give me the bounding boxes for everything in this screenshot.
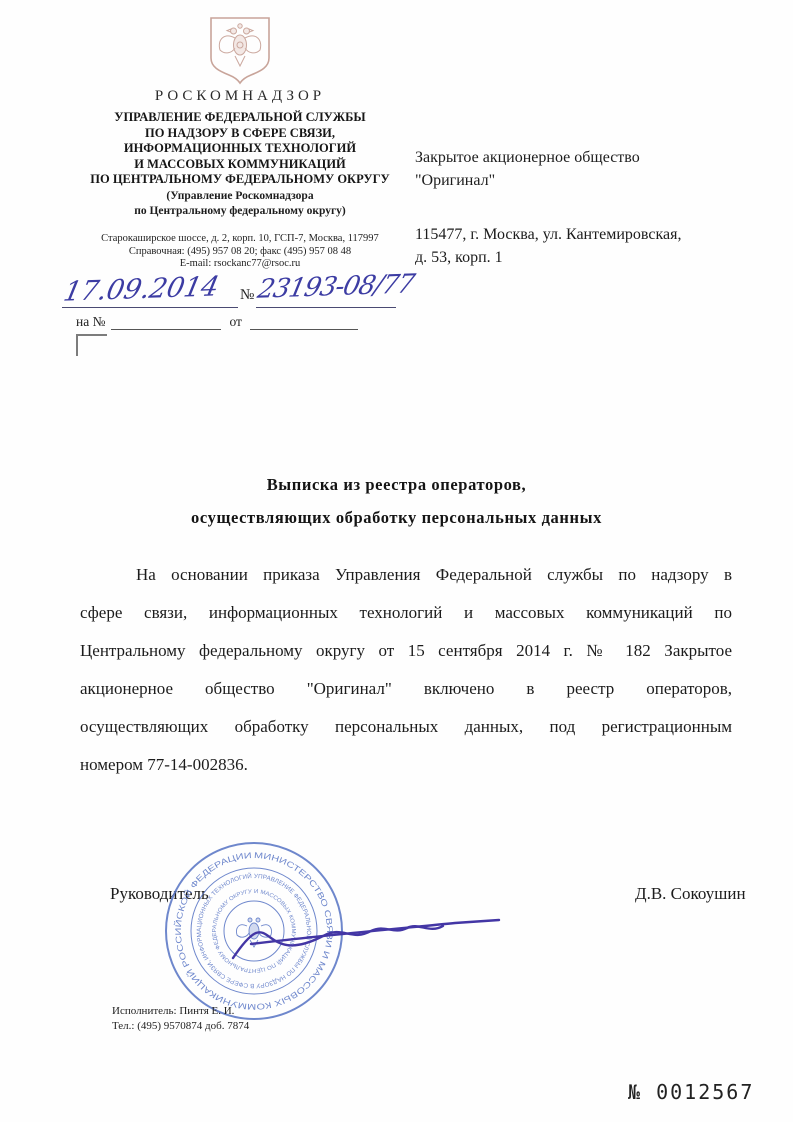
email: E-mail: rsockanc77@rsoc.ru [30, 258, 450, 271]
letterhead-contacts: Старокаширское шоссе, д. 2, корп. 10, ГС… [30, 233, 450, 271]
title-line: Выписка из реестра операторов, [0, 468, 793, 501]
number-underline [256, 307, 396, 308]
body-line: акционерное общество "Оригинал" включено… [80, 670, 732, 708]
department-short-name: (Управление Роскомнадзора по Центральном… [40, 189, 440, 219]
recipient-org-line: Закрытое акционерное общество [415, 146, 745, 169]
body-paragraph: На основании приказа Управления Федераль… [80, 556, 732, 784]
number-sign: № [240, 287, 254, 304]
state-emblem-icon [204, 14, 276, 86]
body-line: осуществляющих обработку персональных да… [80, 708, 732, 746]
document-page: РОСКОМНАДЗОР УПРАВЛЕНИЕ ФЕДЕРАЛЬНОЙ СЛУЖ… [0, 0, 793, 1122]
title-line: осуществляющих обработку персональных да… [0, 501, 793, 534]
department-line: ИНФОРМАЦИОННЫХ ТЕХНОЛОГИЙ [40, 141, 440, 157]
executor-block: Исполнитель: Пинтя Е. И. Тел.: (495) 957… [112, 1004, 249, 1034]
department-line: ПО НАДЗОРУ В СФЕРЕ СВЯЗИ, [40, 126, 440, 142]
department-name: УПРАВЛЕНИЕ ФЕДЕРАЛЬНОЙ СЛУЖБЫ ПО НАДЗОРУ… [40, 110, 440, 188]
handwritten-signature-icon [205, 878, 525, 978]
department-alt-line: (Управление Роскомнадзора [40, 189, 440, 204]
date-underline [62, 307, 238, 308]
body-line: Центральному федеральному округу от 15 с… [80, 632, 732, 670]
handwritten-outgoing-number: 23193-08/77 [255, 269, 417, 305]
spacer [415, 192, 745, 223]
recipient-org-line: "Оригинал" [415, 169, 745, 192]
department-line: ПО ЦЕНТРАЛЬНОМУ ФЕДЕРАЛЬНОМУ ОКРУГУ [40, 172, 440, 188]
signer-name: Д.В. Сокоушин [635, 884, 746, 904]
reply-number-blank [111, 316, 221, 330]
recipient-address-line: 115477, г. Москва, ул. Кантемировская, [415, 223, 745, 246]
handwritten-date: 17.09.2014 [61, 271, 222, 308]
executor-name: Исполнитель: Пинтя Е. И. [112, 1004, 249, 1019]
phone-fax: Справочная: (495) 957 08 20; факс (495) … [30, 246, 450, 259]
reply-date-blank [250, 316, 358, 330]
department-line: УПРАВЛЕНИЕ ФЕДЕРАЛЬНОЙ СЛУЖБЫ [40, 110, 440, 126]
agency-name: РОСКОМНАДЗОР [0, 88, 480, 105]
form-serial-number: № 0012567 [628, 1080, 754, 1104]
recipient-address-line: д. 53, корп. 1 [415, 246, 745, 269]
body-line: сфере связи, информационных технологий и… [80, 594, 732, 632]
address-corner-mark [76, 334, 107, 356]
department-alt-line: по Центральному федеральному округу) [40, 204, 440, 219]
body-line: номером 77-14-002836. [80, 746, 732, 784]
postal-address: Старокаширское шоссе, д. 2, корп. 10, ГС… [30, 233, 450, 246]
reply-reference-row: на №от [76, 314, 358, 330]
executor-phone: Тел.: (495) 9570874 доб. 7874 [112, 1019, 249, 1034]
department-line: И МАССОВЫХ КОММУНИКАЦИЙ [40, 157, 440, 173]
body-line: На основании приказа Управления Федераль… [80, 556, 732, 594]
recipient-block: Закрытое акционерное общество "Оригинал"… [415, 146, 745, 269]
document-title: Выписка из реестра операторов, осуществл… [0, 468, 793, 534]
reply-prefix: на № [76, 314, 105, 329]
reply-from-label: от [229, 314, 241, 329]
